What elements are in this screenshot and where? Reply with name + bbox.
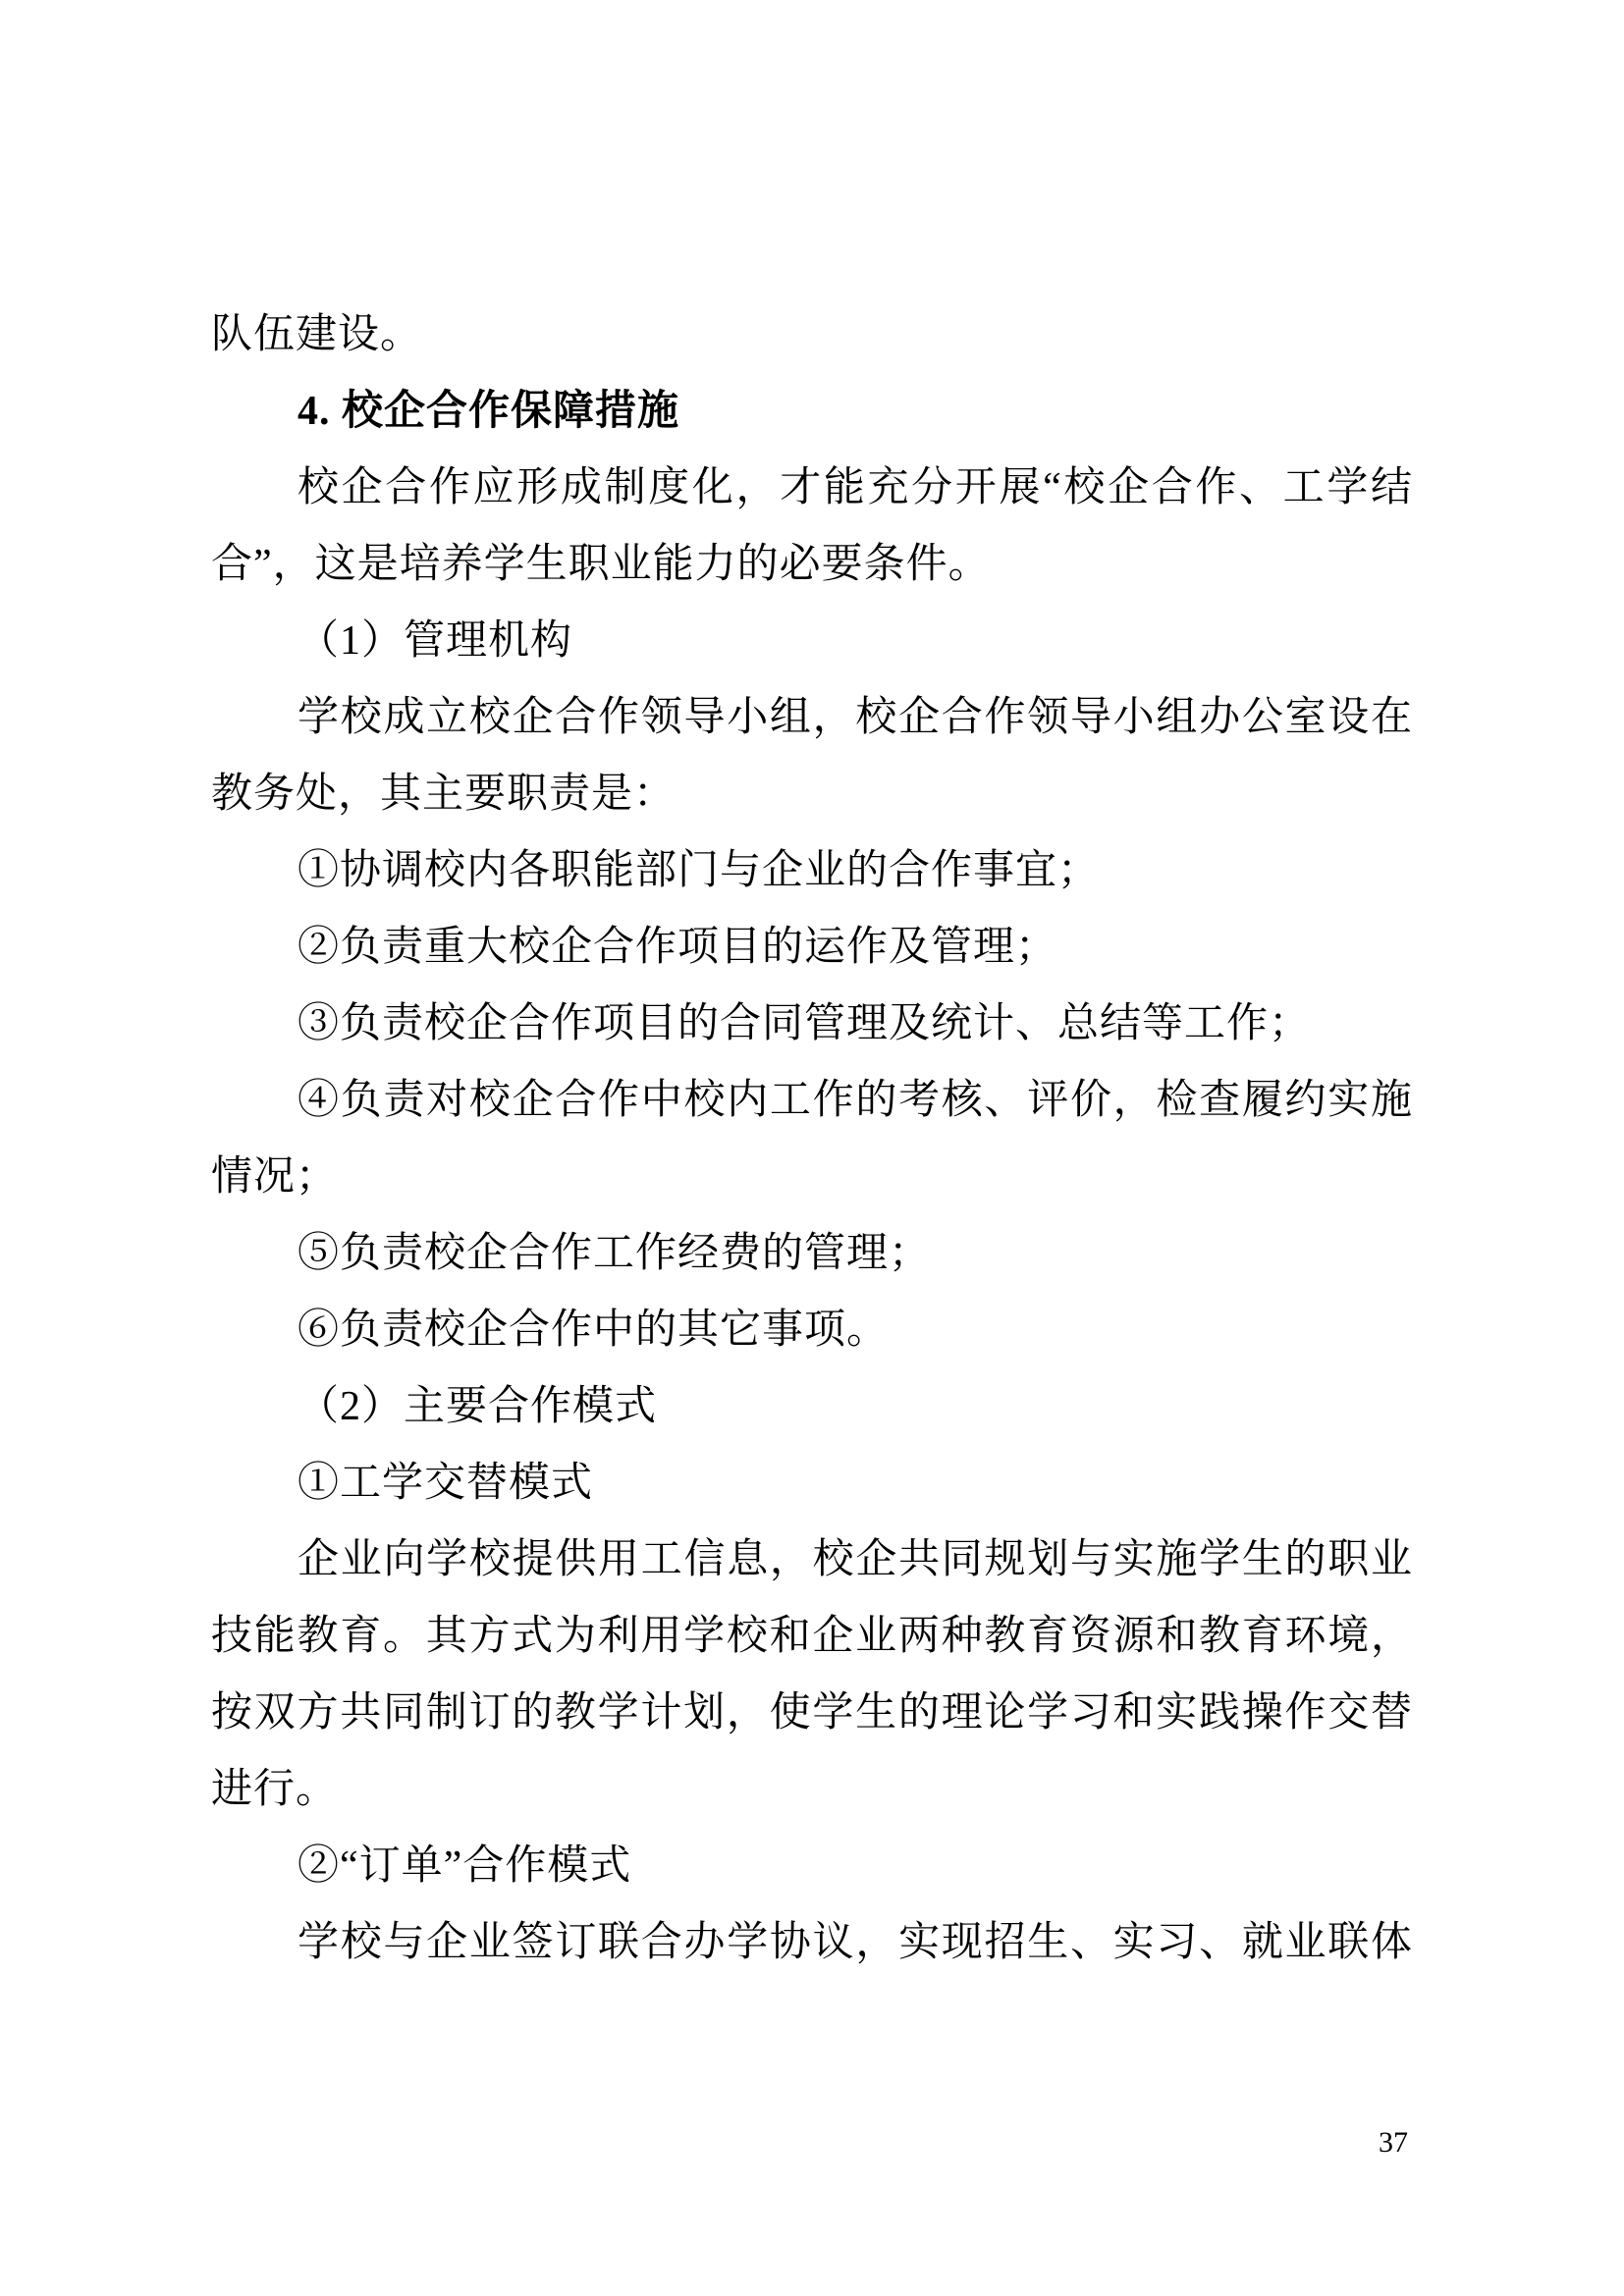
text-line: 学校与企业签订联合办学协议，实现招生、实习、就业联体: [211, 1904, 1413, 1981]
document-body: 队伍建设。4. 校企合作保障措施校企合作应形成制度化，才能充分开展“校企合作、工…: [211, 296, 1413, 1981]
text-line: ⑤负责校企合作工作经费的管理；: [211, 1215, 1413, 1292]
text-line: 按双方共同制订的教学计划，使学生的理论学习和实践操作交替: [211, 1675, 1413, 1751]
text-line: 学校成立校企合作领导小组，校企合作领导小组办公室设在: [211, 679, 1413, 756]
text-line: ④负责对校企合作中校内工作的考核、评价，检查履约实施: [211, 1062, 1413, 1139]
text-line: ②“订单”合作模式: [211, 1828, 1413, 1904]
text-line: ①协调校内各职能部门与企业的合作事宜；: [211, 832, 1413, 909]
text-line: 进行。: [211, 1751, 1413, 1828]
document-page: 队伍建设。4. 校企合作保障措施校企合作应形成制度化，才能充分开展“校企合作、工…: [0, 0, 1624, 2296]
text-line: 技能教育。其方式为利用学校和企业两种教育资源和教育环境，: [211, 1598, 1413, 1675]
text-line: ②负责重大校企合作项目的运作及管理；: [211, 909, 1413, 986]
text-line: 企业向学校提供用工信息，校企共同规划与实施学生的职业: [211, 1522, 1413, 1598]
text-line: 队伍建设。: [211, 296, 1413, 373]
text-line: 合”，这是培养学生职业能力的必要条件。: [211, 526, 1413, 603]
text-line: （2）主要合作模式: [211, 1368, 1413, 1445]
text-line: 情况；: [211, 1139, 1413, 1215]
text-line: ③负责校企合作项目的合同管理及统计、总结等工作；: [211, 986, 1413, 1062]
heading-line: 4. 校企合作保障措施: [211, 373, 1413, 450]
text-line: 校企合作应形成制度化，才能充分开展“校企合作、工学结: [211, 450, 1413, 526]
page-number: 37: [1379, 2123, 1408, 2163]
text-line: ⑥负责校企合作中的其它事项。: [211, 1292, 1413, 1368]
text-line: （1）管理机构: [211, 603, 1413, 679]
text-line: 教务处，其主要职责是：: [211, 756, 1413, 832]
text-line: ①工学交替模式: [211, 1445, 1413, 1522]
